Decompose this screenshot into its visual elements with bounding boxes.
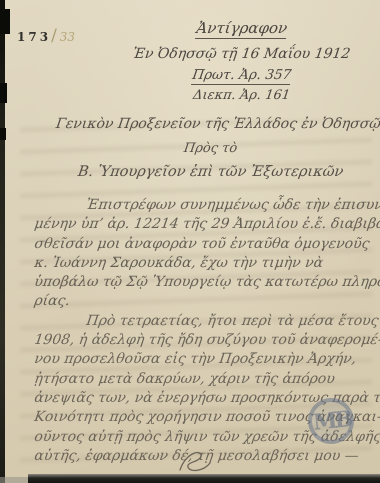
manuscript-line: μένην ὑπ’ ἀρ. 12214 τῆς 29 Ἀπριλίου ἐ.ἔ.… xyxy=(33,215,371,234)
manuscript-line: ὑποβάλω τῷ Σῷ Ὑπουργείῳ τὰς κατωτέρω πλη… xyxy=(33,273,371,292)
dispatch-number: Διεκπ. Ἀρ. 161 xyxy=(115,88,368,103)
to-label: Πρὸς τὸ xyxy=(55,141,366,156)
manuscript-line: 1908, ἡ ἀδελφὴ τῆς ἤδη συζύγου τοῦ ἀναφε… xyxy=(33,331,371,350)
dateline: Ἐν Ὀδησσῷ τῇ 16 Μαΐου 1912 xyxy=(115,46,368,62)
letter-header: Ἀντίγραφον Ἐν Ὀδησσῷ τῇ 16 Μαΐου 1912 Πρ… xyxy=(115,18,366,103)
stamp-monogram: ΜΒ xyxy=(311,406,350,436)
manuscript-line: σθεῖσάν μοι ἀναφορὰν τοῦ ἐνταῦθα ὁμογενο… xyxy=(33,235,371,254)
manuscript-line: Ἐπιστρέφων συνημμένως ὧδε τὴν ἐπισυνημ- xyxy=(33,196,371,215)
archive-number-stamped: 173 xyxy=(17,30,51,44)
address-block: Γενικὸν Προξενεῖον τῆς Ἑλλάδος ἐν Ὀδησσῷ… xyxy=(55,116,364,180)
paragraph-1: Ἐπιστρέφων συνημμένως ὧδε τὴν ἐπισυνημ- … xyxy=(33,196,368,312)
manuscript-line: ρίας. xyxy=(33,292,371,311)
paragraph-2: Πρὸ τετραετίας, ἤτοι περὶ τὰ μέσα ἔτους … xyxy=(33,312,368,466)
flourish-mark xyxy=(172,448,216,474)
binding-notch xyxy=(0,9,10,34)
binding-notch xyxy=(0,128,6,140)
recipient-line: Β. Ὑπουργεῖον ἐπὶ τῶν Ἐξωτερικῶν xyxy=(55,164,366,180)
sender-line: Γενικὸν Προξενεῖον τῆς Ἑλλάδος ἐν Ὀδησσῷ xyxy=(55,116,366,132)
page-bottom-edge-left xyxy=(0,477,28,483)
archive-number-pencil: 33 xyxy=(60,30,75,44)
page-bottom-edge xyxy=(28,474,380,483)
manuscript-line: ᾐτήσατο μετὰ δακρύων, χάριν τῆς ἀπόρου xyxy=(33,370,371,389)
manuscript-line: Πρὸ τετραετίας, ἤτοι περὶ τὰ μέσα ἔτους xyxy=(33,312,371,331)
manuscript-line: κ. Ἰωάννη Σαρουκάδα, ἔχω τὴν τιμὴν νὰ xyxy=(33,254,371,273)
archive-number-slash: / xyxy=(51,26,60,46)
document-title: Ἀντίγραφον xyxy=(195,19,289,39)
protocol-number: Πρωτ. Ἀρ. 357 xyxy=(191,67,292,85)
binding-edge xyxy=(0,0,5,483)
binding-notch xyxy=(0,83,7,103)
archive-number: 173/33 xyxy=(17,26,75,46)
library-stamp: ΜΒ xyxy=(308,398,354,444)
scanned-page: 173/33 Ἀντίγραφον Ἐν Ὀδησσῷ τῇ 16 Μαΐου … xyxy=(0,0,380,483)
manuscript-line: νου προσελθοῦσα εἰς τὴν Προξενικὴν Ἀρχήν… xyxy=(33,350,371,369)
